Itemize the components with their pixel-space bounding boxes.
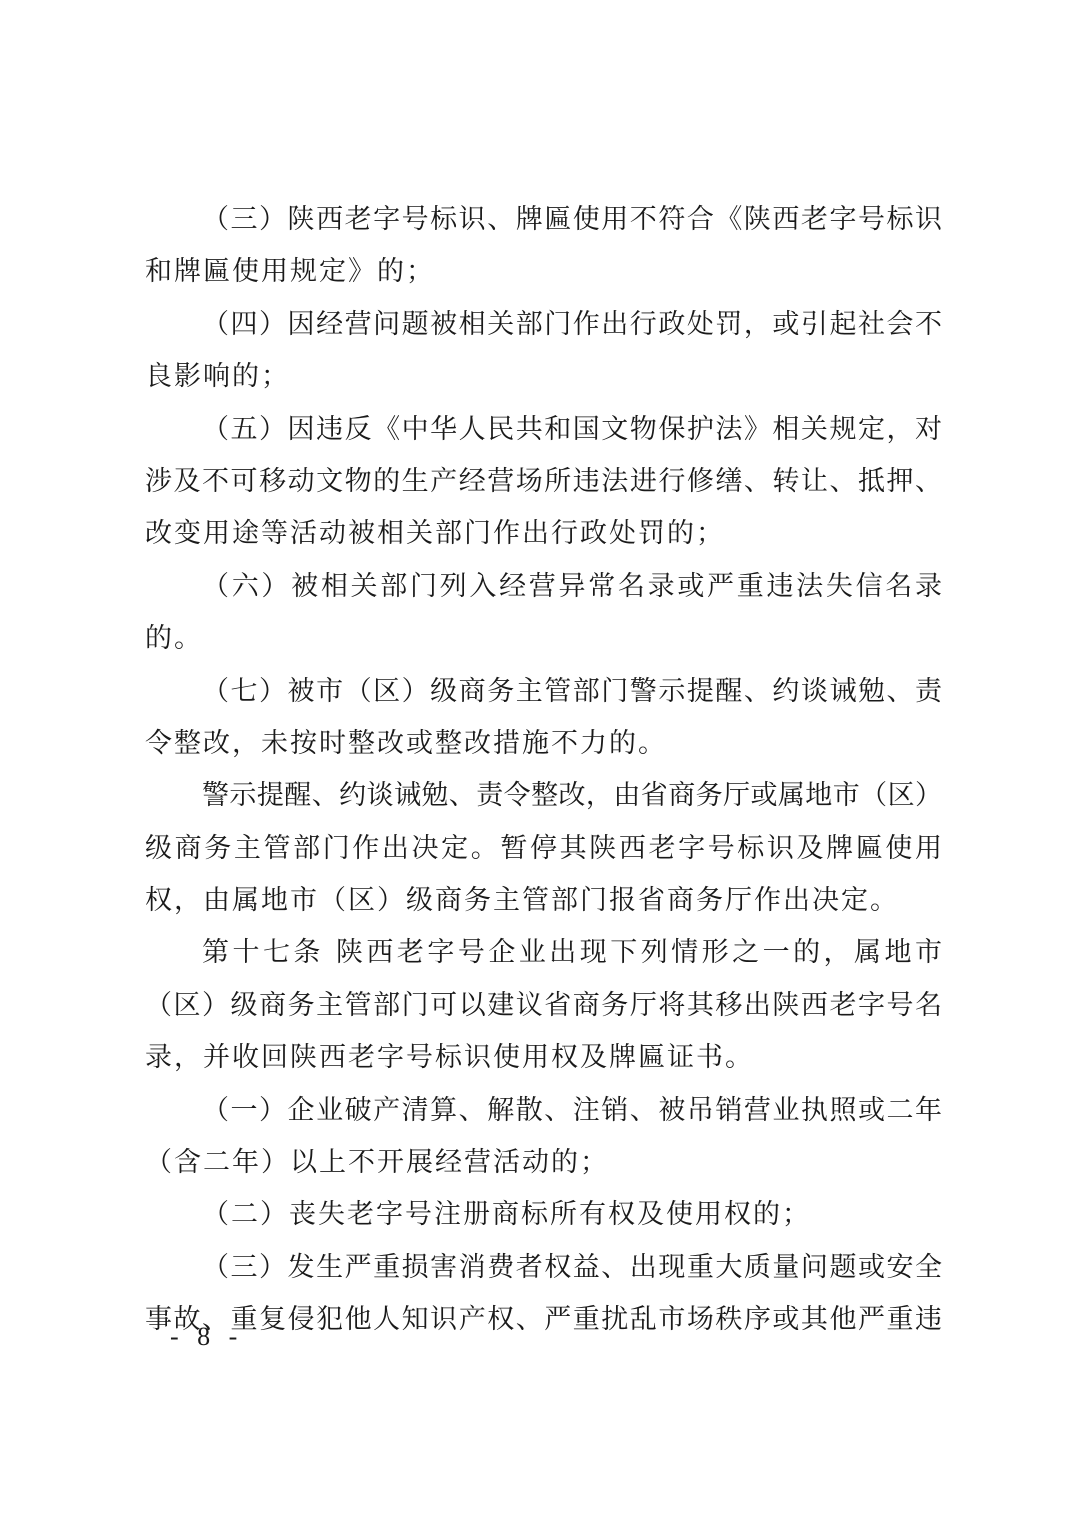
text-line: （二）丧失老字号注册商标所有权及使用权的； (145, 1189, 942, 1241)
document-body: （三）陕西老字号标识、牌匾使用不符合《陕西老字号标识 和牌匾使用规定》的； （四… (145, 194, 942, 1347)
text-line: （六）被相关部门列入经营异常名录或严重违法失信名录 (145, 561, 942, 613)
text-line: （五）因违反《中华人民共和国文物保护法》相关规定，对 (145, 404, 942, 456)
text-line: 录，并收回陕西老字号标识使用权及牌匾证书。 (145, 1032, 942, 1084)
text-line: （四）因经营问题被相关部门作出行政处罚，或引起社会不 (145, 299, 942, 351)
page-number: - 8 - (170, 1322, 243, 1352)
text-line: （七）被市（区）级商务主管部门警示提醒、约谈诫勉、责 (145, 666, 942, 718)
text-line: 令整改，未按时整改或整改措施不力的。 (145, 718, 942, 770)
text-line: （区）级商务主管部门可以建议省商务厅将其移出陕西老字号名 (145, 980, 942, 1032)
text-line: 级商务主管部门作出决定。暂停其陕西老字号标识及牌匾使用 (145, 823, 942, 875)
text-line: （含二年）以上不开展经营活动的； (145, 1137, 942, 1189)
article-heading-line: 第十七条 陕西老字号企业出现下列情形之一的，属地市 (145, 927, 942, 979)
text-line: 和牌匾使用规定》的； (145, 246, 942, 298)
text-line: 改变用途等活动被相关部门作出行政处罚的； (145, 508, 942, 560)
text-line: 涉及不可移动文物的生产经营场所违法进行修缮、转让、抵押、 (145, 456, 942, 508)
text-line: （一）企业破产清算、解散、注销、被吊销营业执照或二年 (145, 1085, 942, 1137)
text-line: 良影响的； (145, 351, 942, 403)
text-line: 权，由属地市（区）级商务主管部门报省商务厅作出决定。 (145, 875, 942, 927)
text-line: （三）发生严重损害消费者权益、出现重大质量问题或安全 (145, 1242, 942, 1294)
text-line: 警示提醒、约谈诫勉、责令整改，由省商务厅或属地市（区） (145, 770, 942, 822)
text-line: 的。 (145, 613, 942, 665)
text-line: 事故、重复侵犯他人知识产权、严重扰乱市场秩序或其他严重违 (145, 1294, 942, 1346)
text-line: （三）陕西老字号标识、牌匾使用不符合《陕西老字号标识 (145, 194, 942, 246)
